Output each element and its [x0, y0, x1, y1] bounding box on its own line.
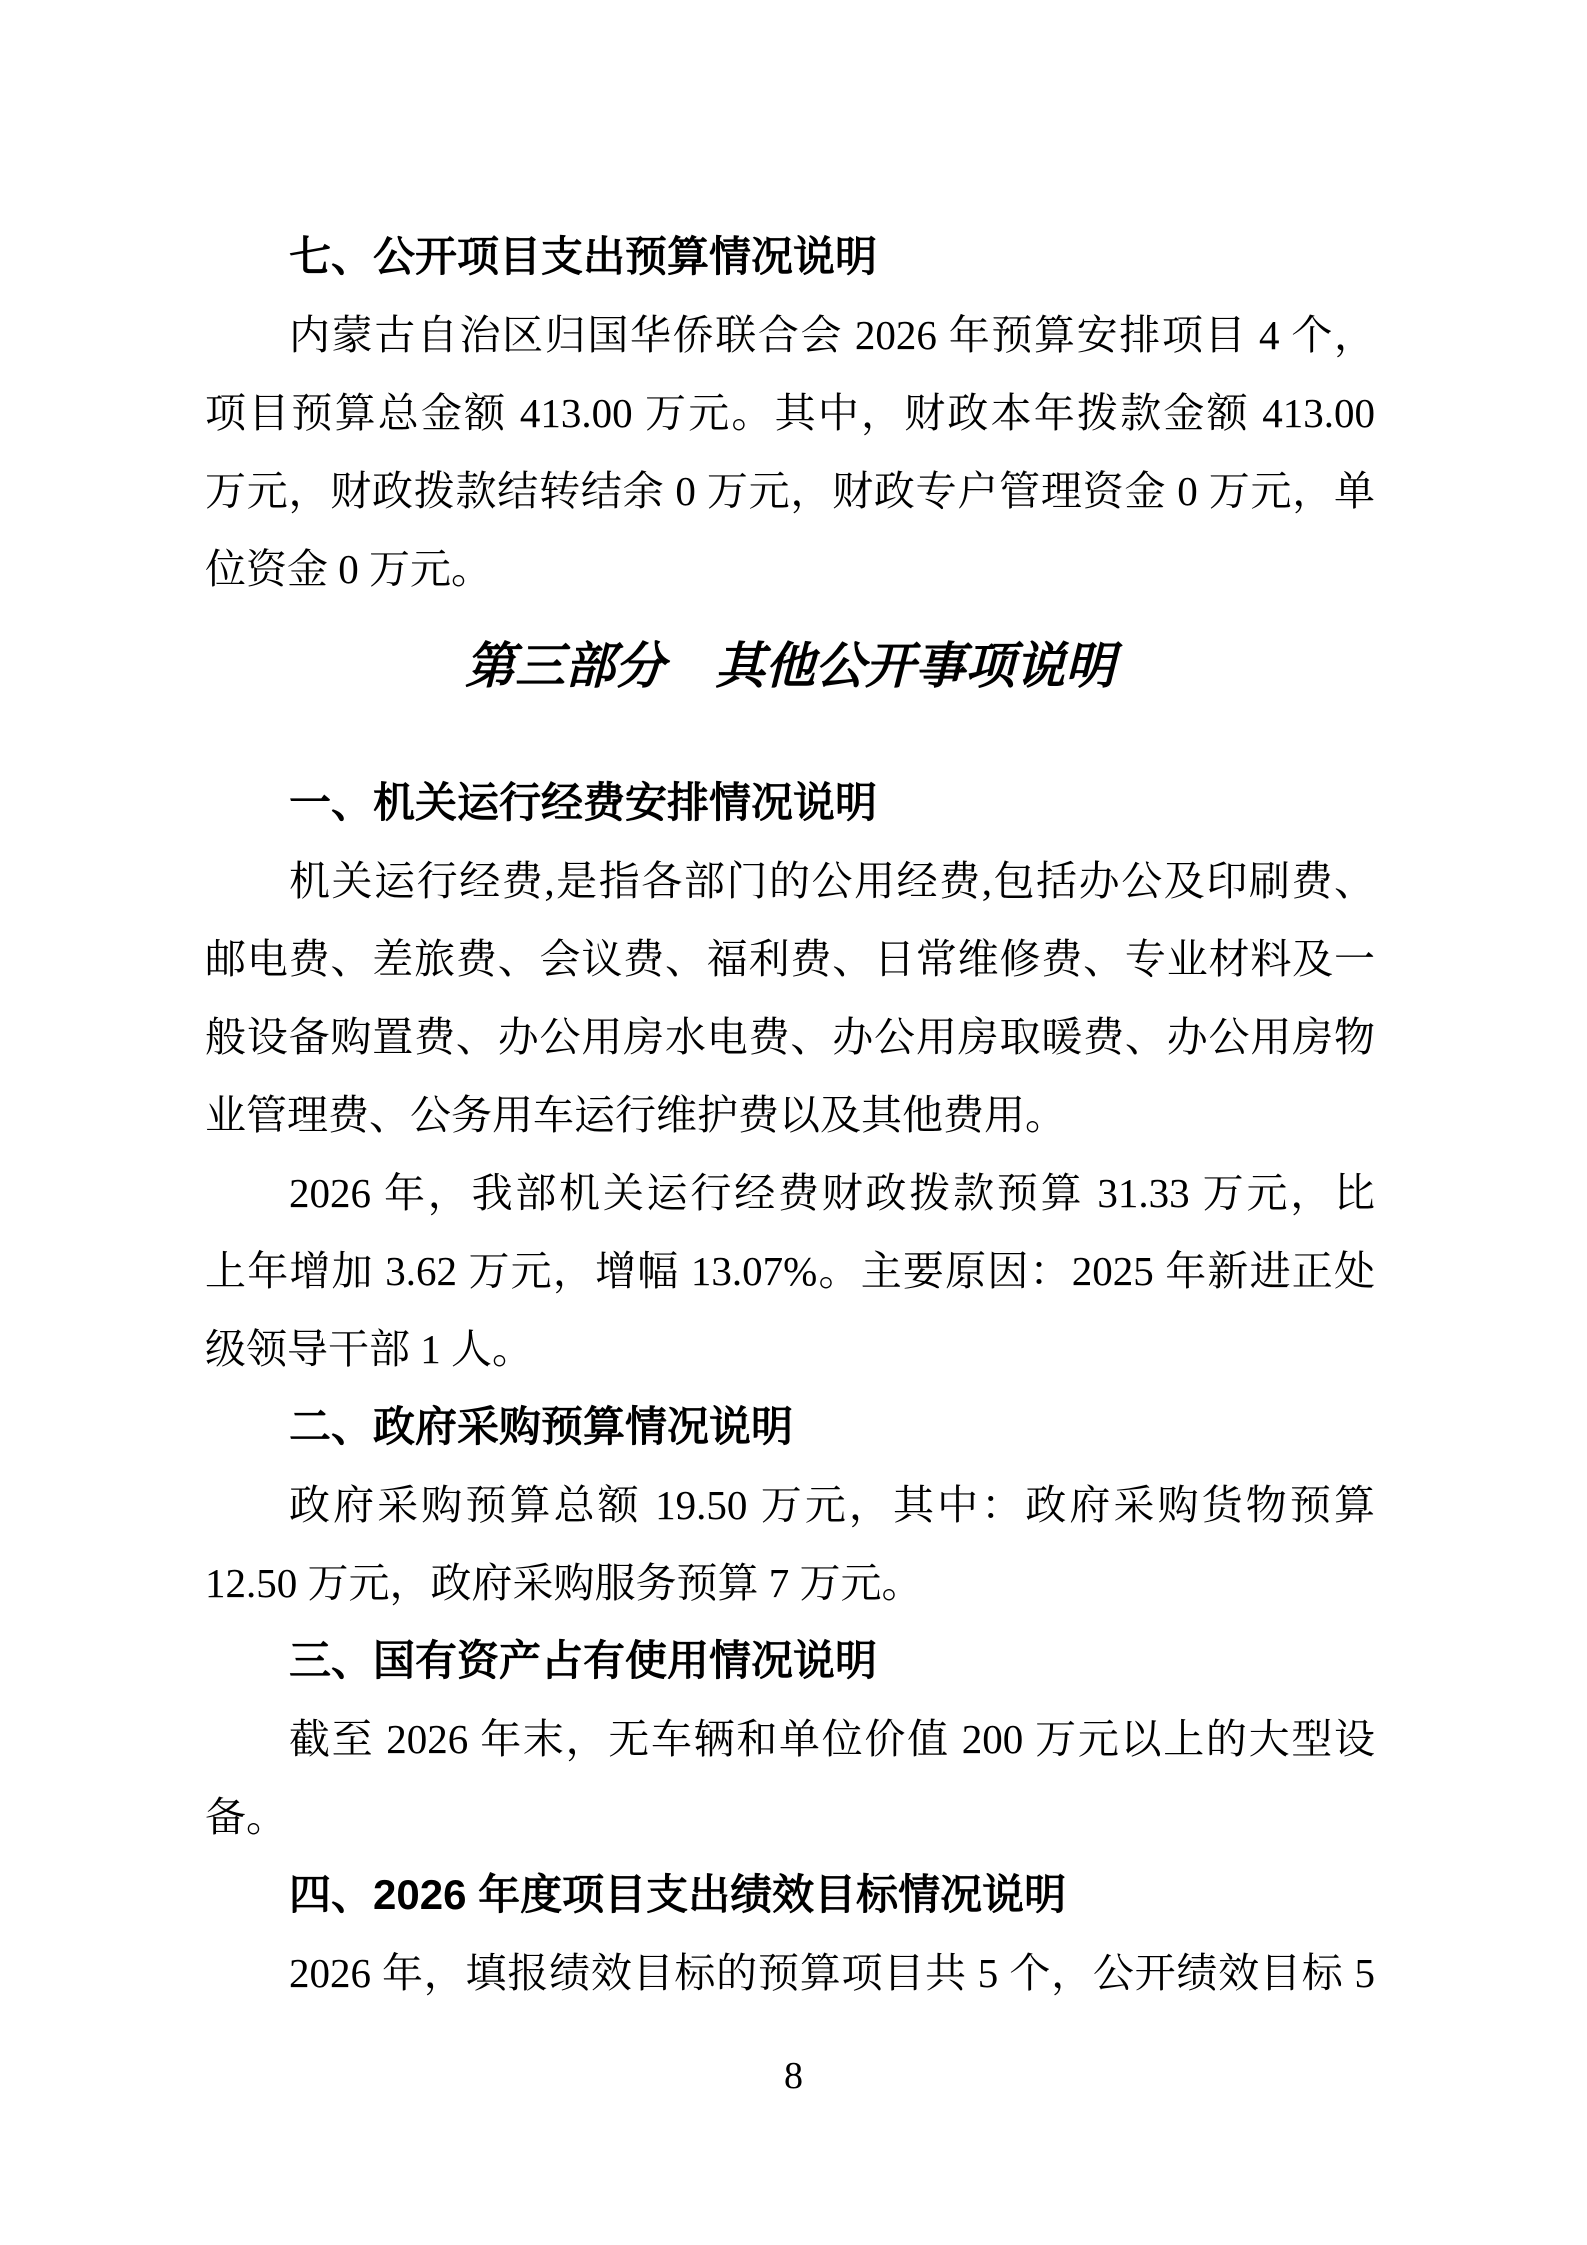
paragraph-line: 2026 年，我部机关运行经费财政拨款预算 31.33 万元，比 [205, 1154, 1375, 1232]
paragraph-line: 般设备购置费、办公用房水电费、办公用房取暖费、办公用房物 [205, 998, 1375, 1076]
part-three-heading: 第三部分 其他公开事项说明 [205, 620, 1375, 712]
paragraph-line: 12.50 万元，政府采购服务预算 7 万元。 [205, 1544, 1375, 1622]
section-heading-2: 二、政府采购预算情况说明 [205, 1388, 1375, 1466]
paragraph-line: 2026 年，填报绩效目标的预算项目共 5 个，公开绩效目标 5 [205, 1934, 1375, 2012]
paragraph-line: 邮电费、差旅费、会议费、福利费、日常维修费、专业材料及一 [205, 920, 1375, 998]
paragraph-performance-targets: 2026 年，填报绩效目标的预算项目共 5 个，公开绩效目标 5 [205, 1934, 1375, 2012]
paragraph-line: 备。 [205, 1778, 1375, 1856]
paragraph-line: 上年增加 3.62 万元，增幅 13.07%。主要原因：2025 年新进正处 [205, 1232, 1375, 1310]
paragraph-line: 机关运行经费,是指各部门的公用经费,包括办公及印刷费、 [205, 842, 1375, 920]
section-heading-7: 七、公开项目支出预算情况说明 [205, 218, 1375, 296]
paragraph-line: 截至 2026 年末，无车辆和单位价值 200 万元以上的大型设 [205, 1700, 1375, 1778]
paragraph-line: 项目预算总金额 413.00 万元。其中，财政本年拨款金额 413.00 [205, 374, 1375, 452]
paragraph-state-assets: 截至 2026 年末，无车辆和单位价值 200 万元以上的大型设 备。 [205, 1700, 1375, 1856]
section-heading-4: 四、2026 年度项目支出绩效目标情况说明 [205, 1856, 1375, 1934]
paragraph-procurement-budget: 政府采购预算总额 19.50 万元，其中：政府采购货物预算 12.50 万元，政… [205, 1466, 1375, 1622]
paragraph-line: 万元，财政拨款结转结余 0 万元，财政专户管理资金 0 万元，单 [205, 452, 1375, 530]
document-page: 七、公开项目支出预算情况说明 内蒙古自治区归国华侨联合会 2026 年预算安排项… [0, 0, 1587, 2245]
paragraph-line: 内蒙古自治区归国华侨联合会 2026 年预算安排项目 4 个， [205, 296, 1375, 374]
document-content: 七、公开项目支出预算情况说明 内蒙古自治区归国华侨联合会 2026 年预算安排项… [205, 218, 1375, 2012]
paragraph-project-budget: 内蒙古自治区归国华侨联合会 2026 年预算安排项目 4 个， 项目预算总金额 … [205, 296, 1375, 608]
paragraph-line: 位资金 0 万元。 [205, 530, 1375, 608]
paragraph-operating-expense-budget: 2026 年，我部机关运行经费财政拨款预算 31.33 万元，比 上年增加 3.… [205, 1154, 1375, 1388]
paragraph-line: 业管理费、公务用车运行维护费以及其他费用。 [205, 1076, 1375, 1154]
section-heading-3: 三、国有资产占有使用情况说明 [205, 1622, 1375, 1700]
paragraph-operating-expense-definition: 机关运行经费,是指各部门的公用经费,包括办公及印刷费、 邮电费、差旅费、会议费、… [205, 842, 1375, 1154]
paragraph-line: 政府采购预算总额 19.50 万元，其中：政府采购货物预算 [205, 1466, 1375, 1544]
section-heading-1: 一、机关运行经费安排情况说明 [205, 764, 1375, 842]
page-number: 8 [0, 2046, 1587, 2106]
paragraph-line: 级领导干部 1 人。 [205, 1310, 1375, 1388]
